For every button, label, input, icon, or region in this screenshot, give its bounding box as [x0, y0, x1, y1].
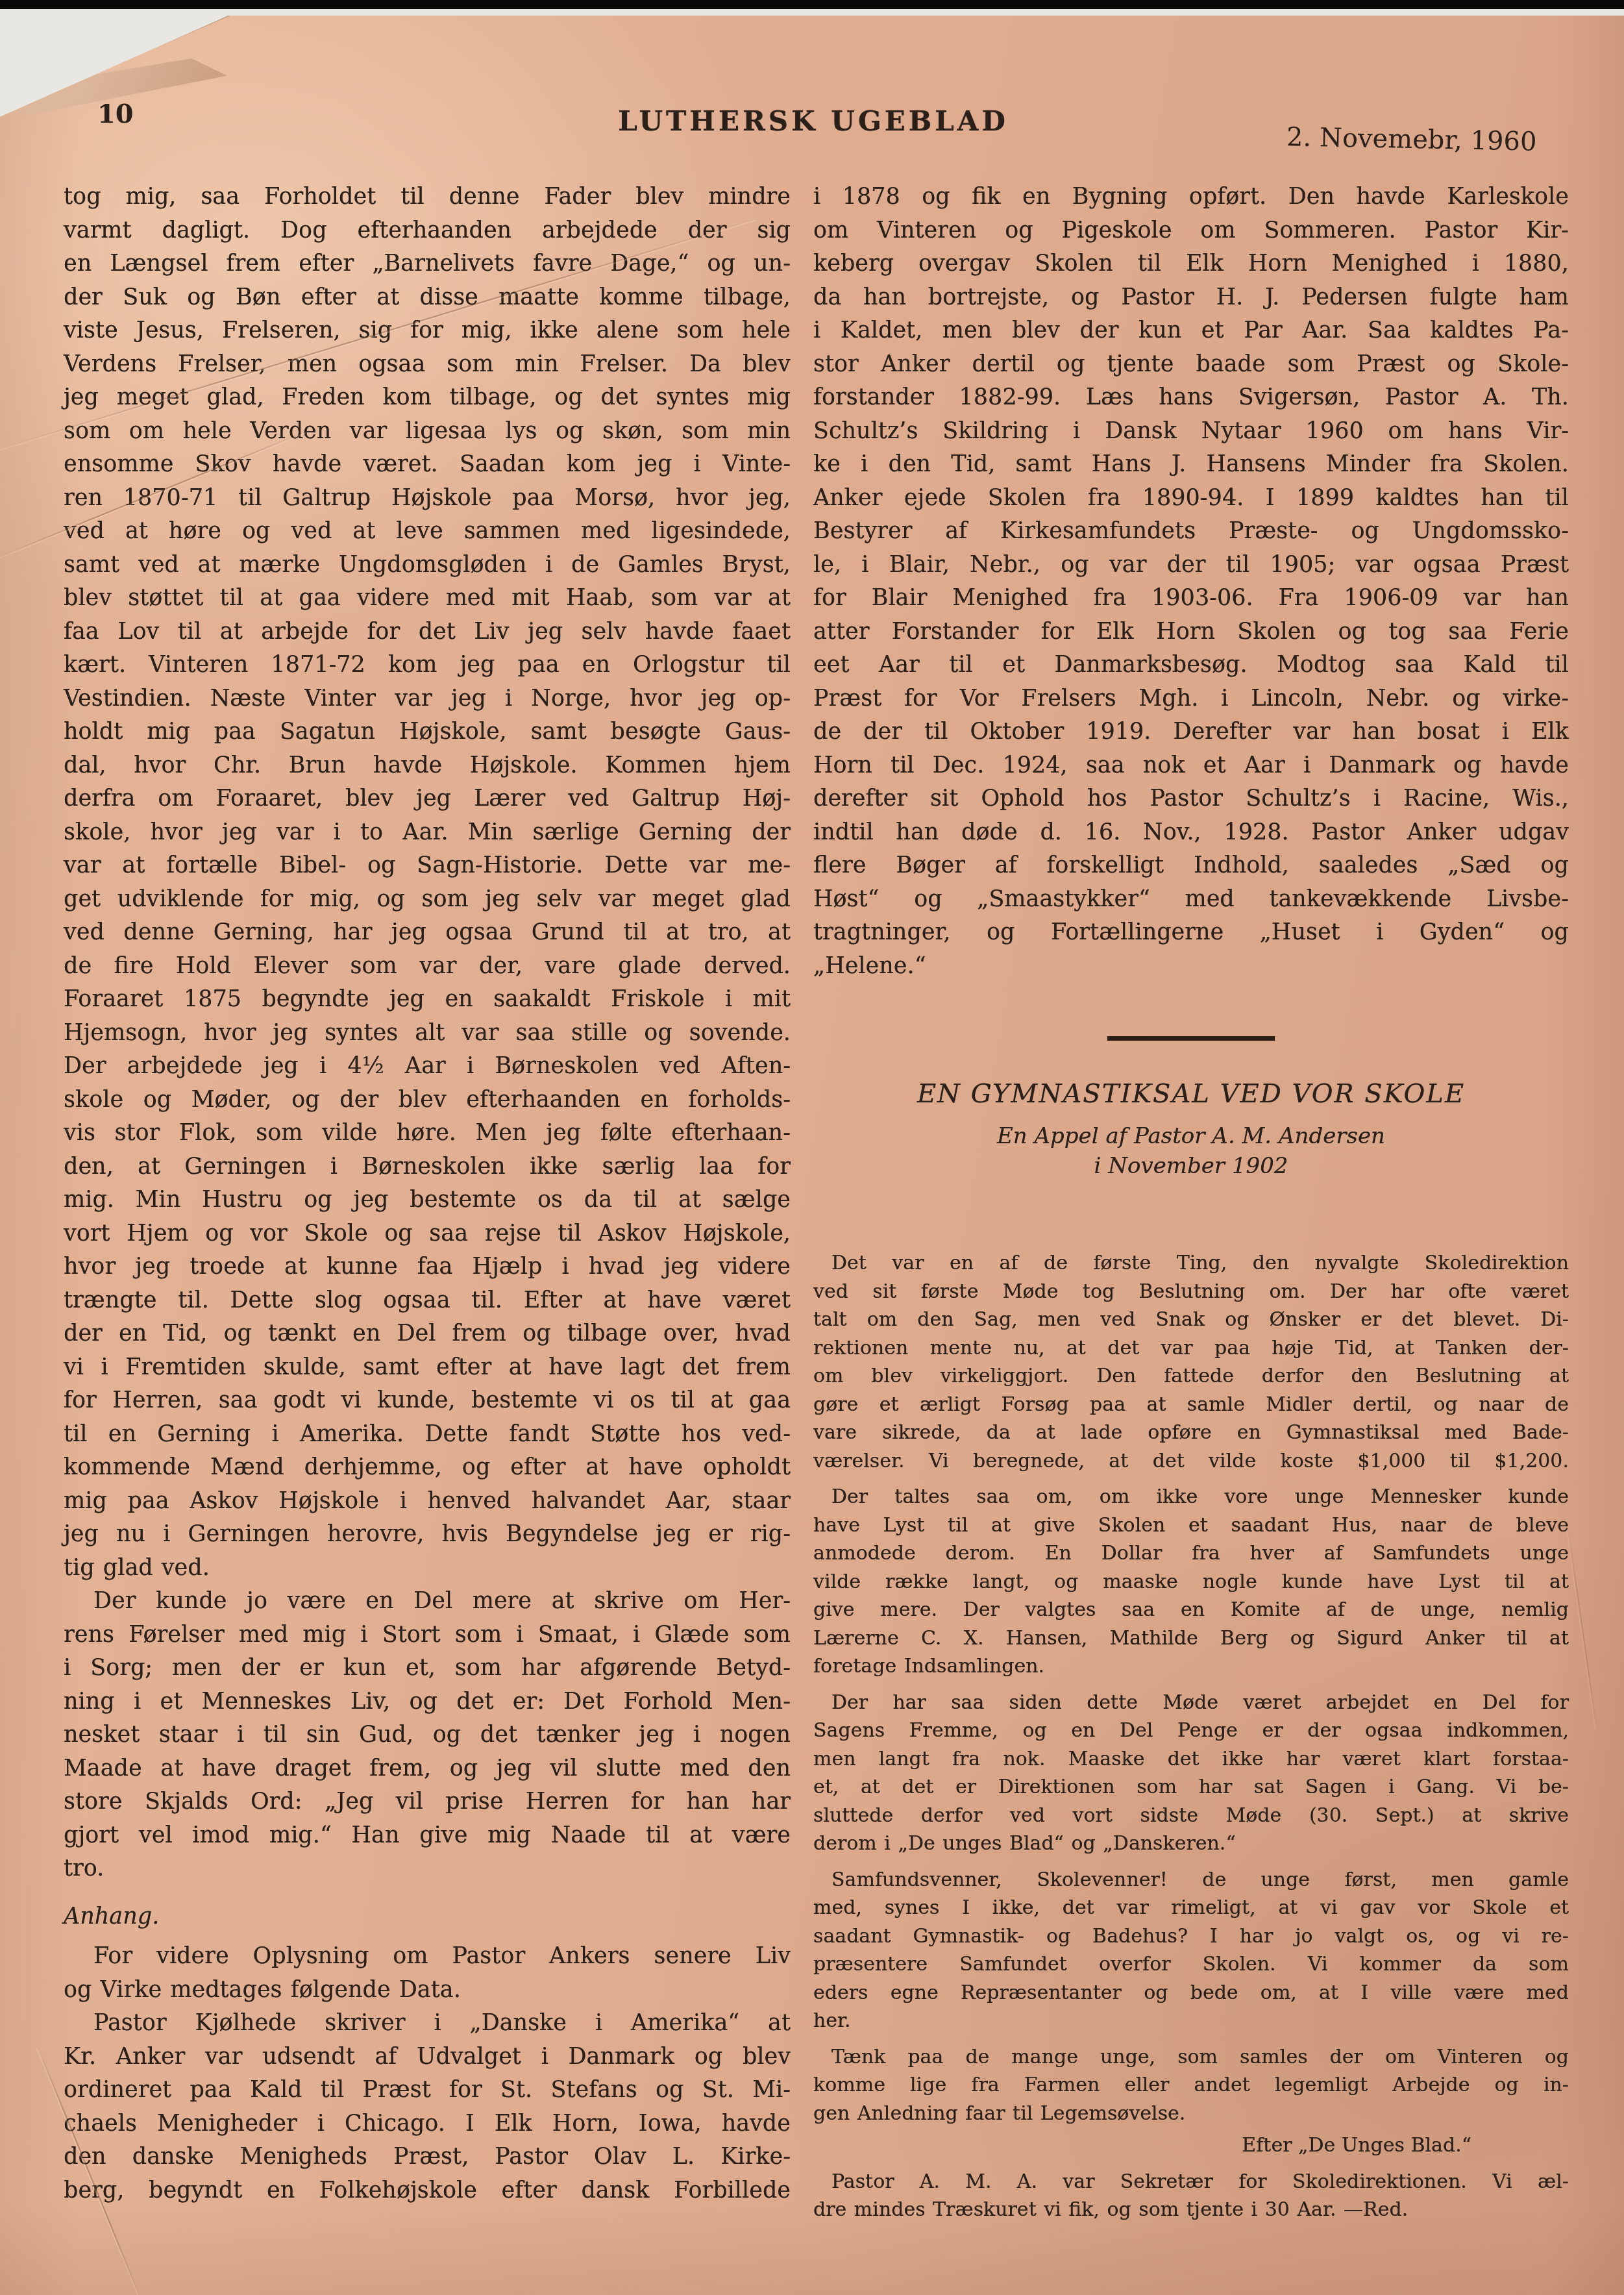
text-line: eders egne Repræsentanter og bede om, at…	[813, 1979, 1569, 2007]
text-line: ved denne Gerning, har jeg ogsaa Grund t…	[64, 916, 791, 950]
text-line: skole og Møder, og der blev efterhaanden…	[64, 1084, 791, 1117]
text-line: i Kaldet, men blev der kun et Par Aar. S…	[813, 314, 1569, 348]
text-line: Horn til Dec. 1924, saa nok et Aar i Dan…	[813, 749, 1569, 783]
text-line: mig. Min Hustru og jeg bestemte os da ti…	[64, 1184, 791, 1217]
subsection-heading: Anhang.	[64, 1900, 791, 1934]
text-line: Maade at have draget frem, og jeg vil sl…	[64, 1752, 791, 1786]
text-line: keberg overgav Skolen til Elk Horn Menig…	[813, 247, 1569, 281]
text-line: chaels Menigheder i Chicago. I Elk Horn,…	[64, 2107, 791, 2141]
crease-line	[1568, 1529, 1597, 1730]
attribution-line: Efter „De Unges Blad.“	[813, 2131, 1569, 2160]
text-line: have Lyst til at give Skolen et saadant …	[813, 1511, 1569, 1540]
text-line: vare sikrede, da at lade opføre en Gymna…	[813, 1419, 1569, 1447]
text-line: talt om den Sag, men ved Snak og Ønsker …	[813, 1306, 1569, 1334]
paragraph: Pastor Kjølhede skriver i „Danske i Amer…	[64, 2007, 791, 2207]
text-line: trængte til. Dette slog ogsaa til. Efter…	[64, 1284, 791, 1318]
text-line: vort Hjem og vor Skole og saa rejse til …	[64, 1217, 791, 1251]
text-line: dal, hvor Chr. Brun havde Højskole. Komm…	[64, 749, 791, 783]
text-line: med, synes I ikke, det var rimeligt, at …	[813, 1894, 1569, 1922]
text-line: holdt mig paa Sagatun Højskole, samt bes…	[64, 715, 791, 749]
page-number: 10	[97, 99, 134, 129]
paragraph: Der har saa siden dette Møde været arbej…	[813, 1689, 1569, 1858]
text-line: en Længsel frem efter „Barnelivets favre…	[64, 247, 791, 281]
text-line: her.	[813, 2007, 1569, 2035]
text-line: Foraaret 1875 begyndte jeg en saakaldt F…	[64, 983, 791, 1017]
text-line: faa Lov til at arbejde for det Liv jeg s…	[64, 615, 791, 649]
text-line: tig glad ved.	[64, 1552, 791, 1585]
text-line: flere Bøger af forskelligt Indhold, saal…	[813, 849, 1569, 883]
text-line: gøre et ærligt Forsøg paa at samle Midle…	[813, 1391, 1569, 1419]
text-line: ke i den Tid, samt Hans J. Hansens Minde…	[813, 448, 1569, 482]
text-line: Verdens Frelser, men ogsaa som min Frels…	[64, 348, 791, 382]
text-line: Det var en af de første Ting, den nyvalg…	[813, 1249, 1569, 1278]
text-line: rektionen mente nu, at det var paa høje …	[813, 1334, 1569, 1363]
text-line: blev støttet til at gaa videre med mit H…	[64, 582, 791, 615]
text-line: Høst“ og „Smaastykker“ med tankevækkende…	[813, 883, 1569, 917]
scanner-top-band	[0, 0, 1624, 9]
text-line: den danske Menigheds Præst, Pastor Olav …	[64, 2140, 791, 2174]
text-line: give mere. Der valgtes saa en Komite af …	[813, 1596, 1569, 1624]
text-line: tog mig, saa Forholdet til denne Fader b…	[64, 180, 791, 214]
text-line: ved at høre og ved at leve sammen med li…	[64, 515, 791, 549]
text-line: varmt dagligt. Dog efterhaanden arbejded…	[64, 214, 791, 248]
text-line: Pastor A. M. A. var Sekretær for Skoledi…	[813, 2168, 1569, 2196]
text-line: om Vinteren og Pigeskole om Sommeren. Pa…	[813, 214, 1569, 248]
text-line: Bestyrer af Kirkesamfundets Præste- og U…	[813, 515, 1569, 549]
paragraph: Tænk paa de mange unge, som samles der o…	[813, 2043, 1569, 2128]
text-line: for Herren, saa godt vi kunde, bestemte …	[64, 1384, 791, 1418]
text-line: jeg nu i Gerningen herovre, hvis Begynde…	[64, 1518, 791, 1552]
text-line: indtil han døde d. 16. Nov., 1928. Pasto…	[813, 816, 1569, 850]
text-line: kært. Vinteren 1871-72 kom jeg paa en Or…	[64, 649, 791, 682]
text-line: gen Anledning faar til Legemsøvelse.	[813, 2100, 1569, 2128]
text-line: atter Forstander for Elk Horn Skolen og …	[813, 615, 1569, 649]
text-line: Lærerne C. X. Hansen, Mathilde Berg og S…	[813, 1624, 1569, 1653]
paragraph: For videre Oplysning om Pastor Ankers se…	[64, 1940, 791, 2007]
text-line: foretage Indsamlingen.	[813, 1652, 1569, 1681]
text-line: komme lige fra Farmen eller andet legeml…	[813, 2071, 1569, 2100]
article-subtitle-line: i November 1902	[813, 1151, 1569, 1181]
text-line: mig paa Askov Højskole i henved halvande…	[64, 1485, 791, 1519]
text-line: le, i Blair, Nebr., og var der til 1905;…	[813, 549, 1569, 582]
newspaper-page: 10 LUTHERSK UGEBLAD 2. Novemebr, 1960 to…	[0, 16, 1624, 2295]
text-line: Schultz’s Skildring i Dansk Nytaar 1960 …	[813, 415, 1569, 449]
text-line: de der til Oktober 1919. Derefter var ha…	[813, 715, 1569, 749]
text-line: om blev virkeliggjort. Den fattede derfo…	[813, 1362, 1569, 1391]
paragraph: Det var en af de første Ting, den nyvalg…	[813, 1249, 1569, 1475]
text-line: et, at det er Direktionen som har sat Sa…	[813, 1773, 1569, 1802]
paragraph: i 1878 og fik en Bygning opført. Den hav…	[813, 180, 1569, 983]
text-line: jeg meget glad, Freden kom tilbage, og d…	[64, 381, 791, 415]
text-line: kommende Mænd derhjemme, og efter at hav…	[64, 1451, 791, 1485]
text-line: der en Tid, og tænkt en Del frem og tilb…	[64, 1317, 791, 1351]
section-divider-rule	[1107, 1036, 1275, 1041]
text-line: rens Førelser med mig i Stort som i Smaa…	[64, 1619, 791, 1652]
text-line: Kr. Anker var udsendt af Udvalget i Danm…	[64, 2041, 791, 2074]
text-line: dre mindes Træskuret vi fik, og som tjen…	[813, 2196, 1569, 2224]
issue-date: 2. Novemebr, 1960	[1286, 122, 1537, 156]
paragraph: Der taltes saa om, om ikke vore unge Men…	[813, 1483, 1569, 1681]
text-line: sluttede derfor ved vort sidste Møde (30…	[813, 1802, 1569, 1830]
text-line: Vestindien. Næste Vinter var jeg i Norge…	[64, 682, 791, 716]
text-line: Sagens Fremme, og en Del Penge er der og…	[813, 1717, 1569, 1745]
masthead-title: LUTHERSK UGEBLAD	[618, 105, 1009, 137]
text-line: vilde række langt, og maaske nogle kunde…	[813, 1568, 1569, 1596]
text-line: i 1878 og fik en Bygning opført. Den hav…	[813, 180, 1569, 214]
text-line: saadant Gymnastik- og Badehus? I har jo …	[813, 1922, 1569, 1951]
article-title: EN GYMNASTIKSAL VED VOR SKOLE	[813, 1078, 1569, 1110]
text-line: vis stor Flok, som vilde høre. Men jeg f…	[64, 1117, 791, 1150]
text-line: derom i „De unges Blad“ og „Danskeren.“	[813, 1830, 1569, 1858]
text-line: præsentere Samfundet overfor Skolen. Vi …	[813, 1950, 1569, 1979]
text-line: nesket staar i til sin Gud, og det tænke…	[64, 1718, 791, 1752]
text-line: gjort vel imod mig.“ Han give mig Naade …	[64, 1819, 791, 1853]
text-line: get udviklende for mig, og som jeg selv …	[64, 883, 791, 917]
left-column: tog mig, saa Forholdet til denne Fader b…	[64, 175, 791, 2224]
scan-background: 10 LUTHERSK UGEBLAD 2. Novemebr, 1960 to…	[0, 0, 1624, 2295]
text-line: anmodede derom. En Dollar fra hver af Sa…	[813, 1539, 1569, 1568]
text-line: store Skjalds Ord: „Jeg vil prise Herren…	[64, 1785, 791, 1819]
text-line: Hjemsogn, hvor jeg syntes alt var saa st…	[64, 1017, 791, 1050]
text-line: Der arbejdede jeg i 4½ Aar i Børneskolen…	[64, 1050, 791, 1084]
text-line: Samfundsvenner, Skolevenner! de unge før…	[813, 1866, 1569, 1894]
paragraph: Samfundsvenner, Skolevenner! de unge før…	[813, 1866, 1569, 2035]
text-line: men langt fra nok. Maaske det ikke har v…	[813, 1745, 1569, 1774]
text-line: den, at Gerningen i Børneskolen ikke sær…	[64, 1150, 791, 1184]
text-line: vi i Fremtiden skulde, samt efter at hav…	[64, 1351, 791, 1385]
text-line: Der taltes saa om, om ikke vore unge Men…	[813, 1483, 1569, 1511]
text-line: berg, begyndt en Folkehøjskole efter dan…	[64, 2174, 791, 2208]
text-line: som om hele Verden var ligesaa lys og sk…	[64, 415, 791, 449]
paragraph: Der kunde jo være en Del mere at skrive …	[64, 1585, 791, 1886]
text-line: eet Aar til et Danmarksbesøg. Modtog saa…	[813, 649, 1569, 682]
text-line: ordineret paa Kald til Præst for St. Ste…	[64, 2074, 791, 2107]
text-line: „Helene.“	[813, 950, 1569, 984]
text-columns: tog mig, saa Forholdet til denne Fader b…	[64, 175, 1569, 2224]
text-line: for Blair Menighed fra 1903-06. Fra 1906…	[813, 582, 1569, 615]
text-line: Tænk paa de mange unge, som samles der o…	[813, 2043, 1569, 2072]
text-line: de fire Hold Elever som var der, vare gl…	[64, 950, 791, 984]
right-column: i 1878 og fik en Bygning opført. Den hav…	[813, 175, 1569, 2224]
text-line: Der har saa siden dette Møde været arbej…	[813, 1689, 1569, 1717]
article-subtitle-line: En Appel af Pastor A. M. Andersen	[813, 1121, 1569, 1151]
paragraph: Pastor A. M. A. var Sekretær for Skoledi…	[813, 2168, 1569, 2224]
text-line: forstander 1882-99. Læs hans Svigersøn, …	[813, 381, 1569, 415]
text-line: derfra om Foraaret, blev jeg Lærer ved G…	[64, 782, 791, 816]
text-line: ensomme Skov havde været. Saadan kom jeg…	[64, 448, 791, 482]
text-line: For videre Oplysning om Pastor Ankers se…	[64, 1940, 791, 1974]
text-line: tro.	[64, 1852, 791, 1886]
text-line: hvor jeg troede at kunne faa Hjælp i hva…	[64, 1250, 791, 1284]
text-line: derefter sit Ophold hos Pastor Schultz’s…	[813, 782, 1569, 816]
text-line: Der kunde jo være en Del mere at skrive …	[64, 1585, 791, 1619]
text-line: der Suk og Bøn efter at disse maatte kom…	[64, 281, 791, 315]
text-line: var at fortælle Bibel- og Sagn-Historie.…	[64, 849, 791, 883]
text-line: Pastor Kjølhede skriver i „Danske i Amer…	[64, 2007, 791, 2041]
text-line: tragtninger, og Fortællingerne „Huset i …	[813, 916, 1569, 950]
text-line: skole, hvor jeg var i to Aar. Min særlig…	[64, 816, 791, 850]
text-line: Præst for Vor Frelsers Mgh. i Lincoln, N…	[813, 682, 1569, 716]
text-line: stor Anker dertil og tjente baade som Pr…	[813, 348, 1569, 382]
text-line: og Virke medtages følgende Data.	[64, 1974, 791, 2007]
text-line: samt ved at mærke Ungdomsgløden i de Gam…	[64, 549, 791, 582]
text-line: ved sit første Møde tog Beslutning om. D…	[813, 1278, 1569, 1306]
paragraph: tog mig, saa Forholdet til denne Fader b…	[64, 180, 791, 1585]
text-line: ning i et Menneskes Liv, og det er: Det …	[64, 1685, 791, 1719]
text-line: til en Gerning i Amerika. Dette fandt St…	[64, 1418, 791, 1452]
text-line: Anker ejede Skolen fra 1890-94. I 1899 k…	[813, 482, 1569, 515]
text-line: værelser. Vi beregnede, at det vilde kos…	[813, 1447, 1569, 1476]
text-line: i Sorg; men der er kun et, som har afgør…	[64, 1652, 791, 1685]
article-subtitle: En Appel af Pastor A. M. Anderseni Novem…	[813, 1121, 1569, 1181]
text-line: da han bortrejste, og Pastor H. J. Peder…	[813, 281, 1569, 315]
